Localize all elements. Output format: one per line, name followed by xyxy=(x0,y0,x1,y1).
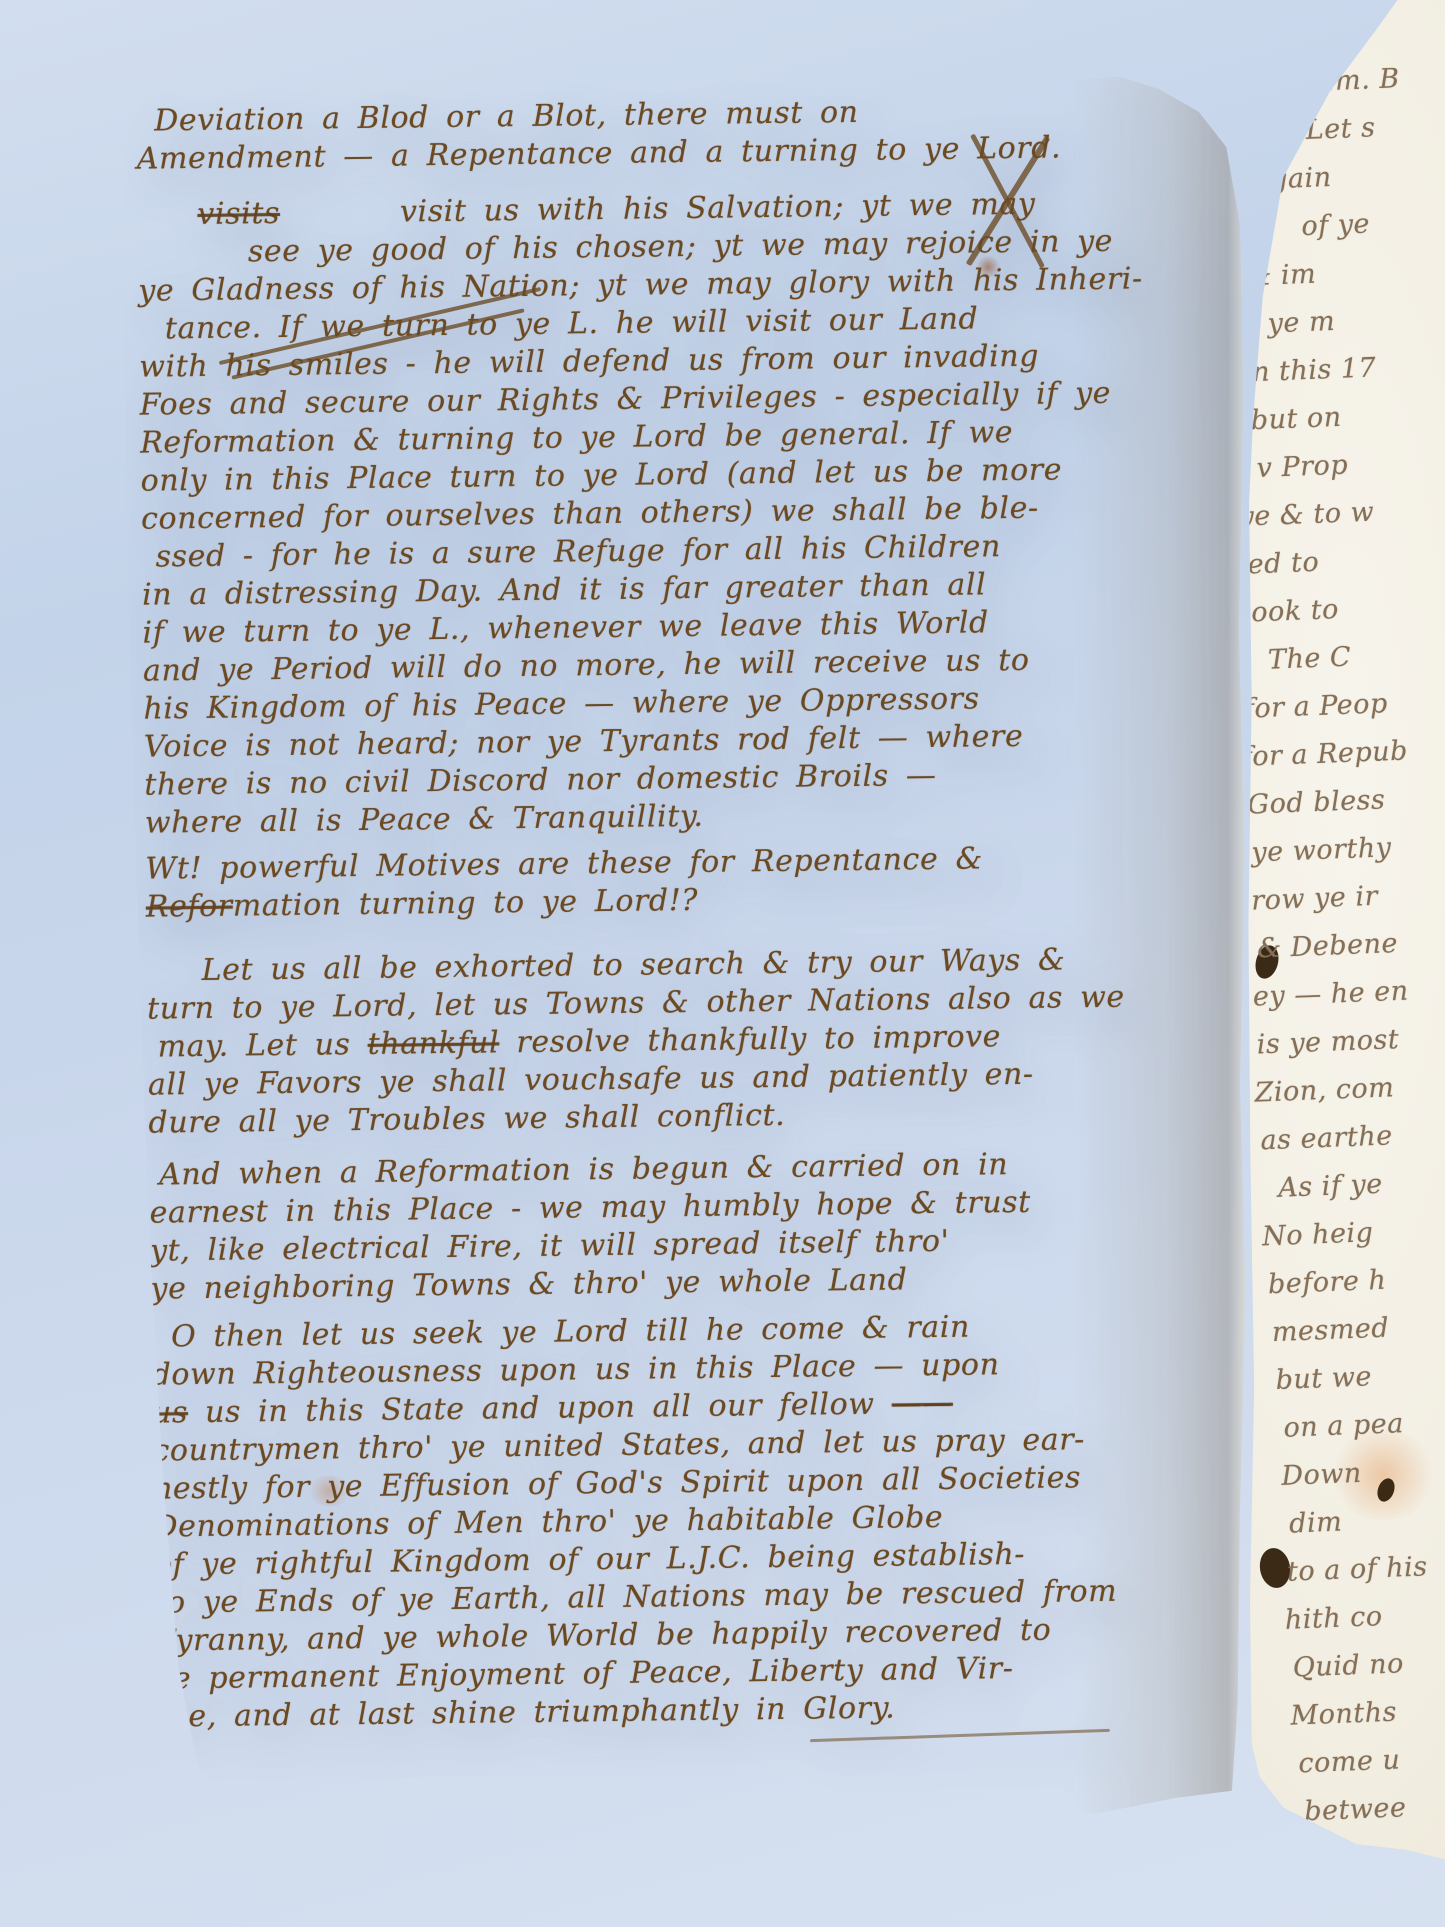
right-page-text-fragment: look to xyxy=(1231,582,1433,638)
right-page-text-fragment: is ye m xyxy=(1220,295,1422,351)
right-page-text-fragment: Quid no xyxy=(1272,1638,1445,1694)
left-manuscript-page: Deviation a Blod or a Blot, there must o… xyxy=(110,66,1256,1826)
right-page-text-fragment: for a Peop xyxy=(1235,678,1437,734)
right-page-text-fragment: to a of his xyxy=(1268,1542,1445,1598)
right-page-text-fragment: Down xyxy=(1264,1446,1445,1502)
right-page-text-fragment: No heig xyxy=(1255,1206,1445,1262)
right-page-text-fragment: again xyxy=(1215,151,1417,207)
right-page-text-fragment: before h xyxy=(1257,1254,1445,1310)
right-page-text-fragment: betwee xyxy=(1277,1782,1445,1838)
right-page-text-fragment: hith co xyxy=(1270,1590,1445,1646)
right-page-text-fragment: on a pea xyxy=(1263,1398,1445,1454)
right-page-text-fragment: come u xyxy=(1276,1734,1445,1790)
right-page-text-fragment: & Debene xyxy=(1244,918,1445,974)
right-page-text-fragment: The C xyxy=(1233,630,1435,686)
right-page-text-fragment: mesmed xyxy=(1259,1302,1445,1358)
right-page-text-fragment: As if ye xyxy=(1253,1158,1445,1214)
right-page-text-fragment: Im. B xyxy=(1211,55,1413,111)
manuscript-text: Deviation a Blod or a Blot, there must o… xyxy=(136,89,1241,1736)
right-page-text-fragment: as earthe xyxy=(1252,1110,1445,1166)
right-page-text-fragment: God bless xyxy=(1239,774,1441,830)
right-page-text-fragment: for a Repub xyxy=(1237,726,1439,782)
right-page-text-fragment: is ye most xyxy=(1248,1014,1445,1070)
right-page-text-fragment: row ye ir xyxy=(1242,870,1444,926)
right-page-text-fragment: ted to xyxy=(1229,534,1431,590)
underline-pen-mark xyxy=(810,1729,1110,1742)
right-page-text-fragment: is amo xyxy=(1279,1830,1445,1886)
right-page-text-fragment: Zion, com xyxy=(1250,1062,1445,1118)
right-page-text-fragment: ye worthy xyxy=(1241,822,1443,878)
right-page-text-fragment: dim xyxy=(1266,1494,1445,1550)
right-page-text-fragment: but on xyxy=(1224,391,1426,447)
right-page-text-fragment: v Prop xyxy=(1226,439,1428,495)
right-page-text-fragment: & im xyxy=(1218,247,1420,303)
right-page-text-fragment: of ye xyxy=(1217,199,1419,255)
photo-background: Im. BLet sagainof ye& imis ye min this 1… xyxy=(0,0,1445,1927)
right-page-text-fragment: Let s xyxy=(1213,103,1415,159)
right-page-text-fragment: ye & to w xyxy=(1228,487,1430,543)
right-page-text-fragment: ey — he en xyxy=(1246,966,1445,1022)
right-page-text-fragment: but we xyxy=(1261,1350,1445,1406)
right-page-text: Im. BLet sagainof ye& imis ye min this 1… xyxy=(1211,55,1445,1885)
right-page-text-fragment: Months xyxy=(1274,1686,1445,1742)
right-page-text-fragment: in this 17 xyxy=(1222,343,1424,399)
